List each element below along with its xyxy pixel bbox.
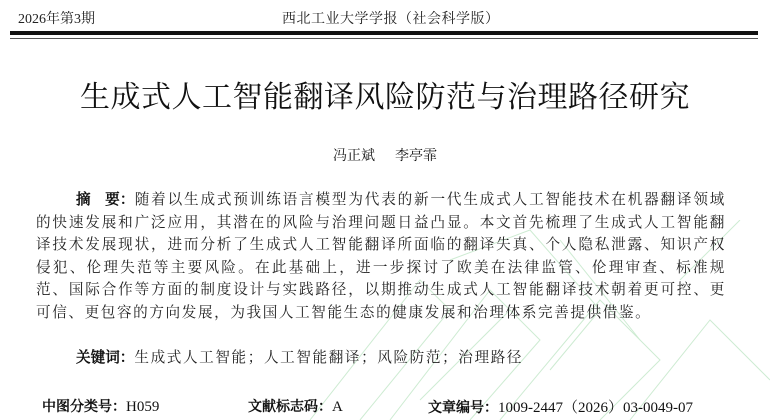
- author-name: 冯正斌: [333, 148, 375, 164]
- keywords: 关键词：生成式人工智能；人工智能翻译；风险防范；治理路径: [76, 346, 523, 367]
- abstract-text: 随着以生成式预训练语言模型为代表的新一代生成式人工智能技术在机器翻译领域的快速发…: [36, 191, 726, 321]
- issue-label: 2026年第3期: [18, 8, 95, 28]
- keywords-text: 生成式人工智能；人工智能翻译；风险防范；治理路径: [134, 349, 523, 366]
- abstract: 摘要：随着以生成式预训练语言模型为代表的新一代生成式人工智能技术在机器翻译领域的…: [36, 189, 726, 324]
- clc-number: 中图分类号：H059: [42, 396, 159, 416]
- journal-name: 西北工业大学学报（社会科学版）: [282, 8, 500, 28]
- abstract-label: 摘要：: [76, 191, 135, 208]
- author-name: 李亭霏: [395, 148, 437, 164]
- author-list: 冯正斌李亭霏: [0, 145, 770, 165]
- article-title: 生成式人工智能翻译风险防范与治理路径研究: [0, 72, 770, 116]
- article-number: 文章编号：1009-2447（2026）03-0049-07: [428, 396, 693, 417]
- header-rule-thick: [10, 31, 758, 35]
- document-code: 文献标志码：A: [248, 396, 343, 416]
- running-head: 2026年第3期 西北工业大学学报（社会科学版）: [10, 8, 758, 30]
- keywords-label: 关键词：: [76, 349, 134, 366]
- header-rule-thin: [10, 38, 758, 39]
